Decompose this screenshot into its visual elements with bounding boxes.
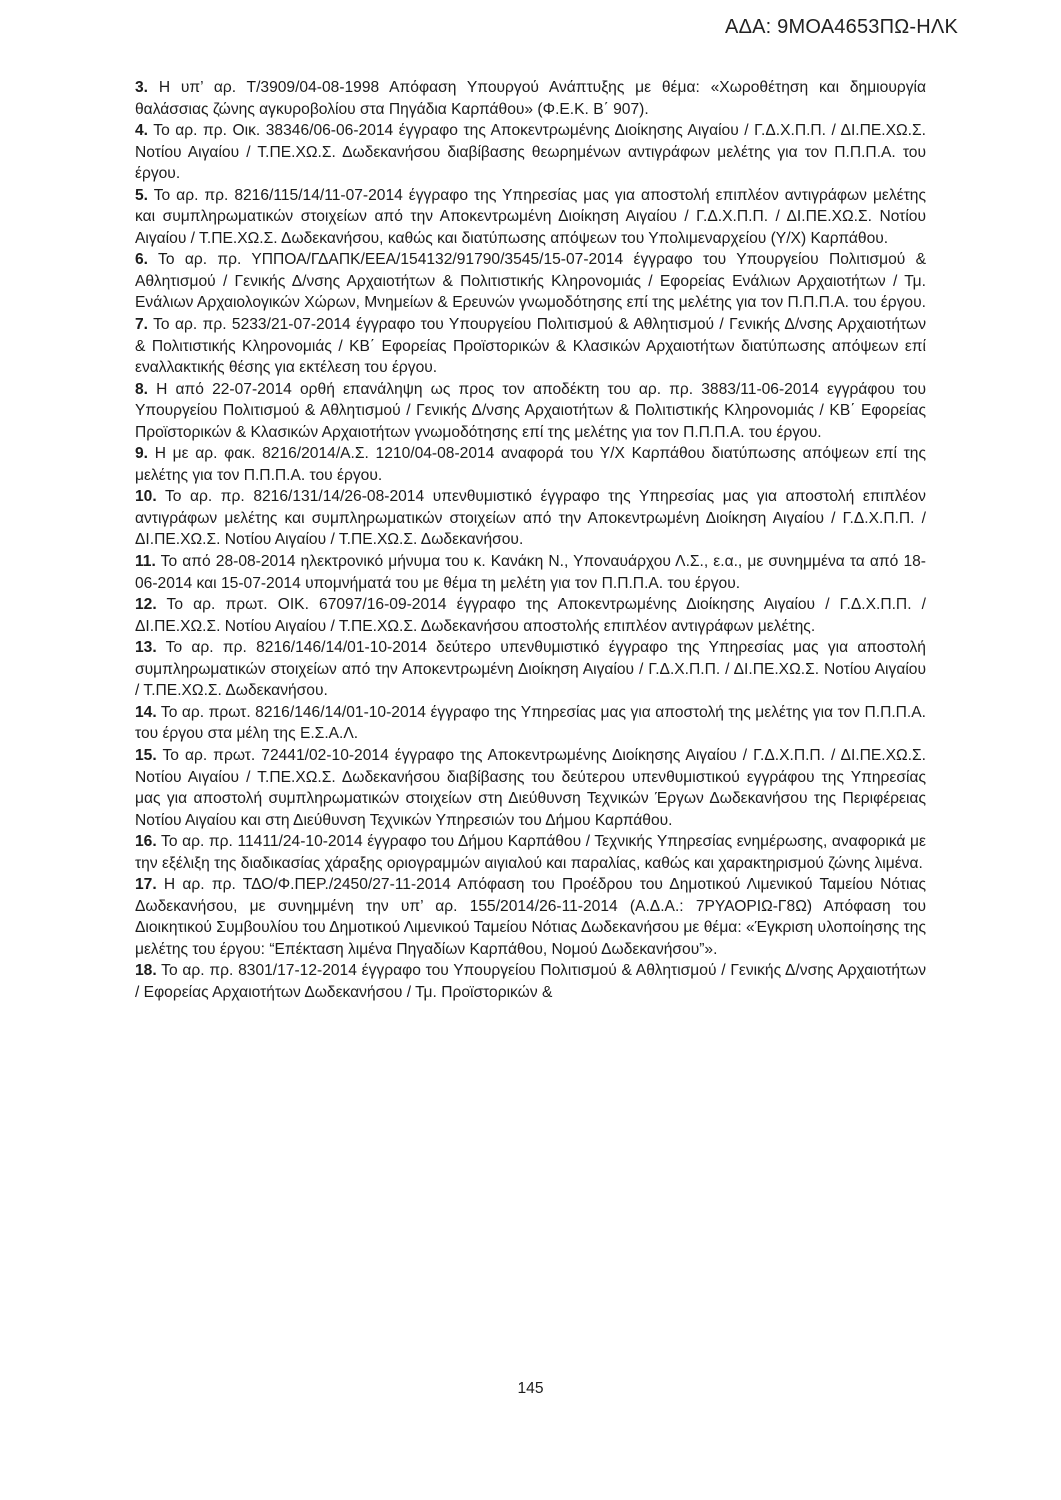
- item-text: Το αρ. πρ. 8216/115/14/11-07-2014 έγγραφ…: [135, 187, 926, 247]
- reference-item: 15. Το αρ. πρωτ. 72441/02-10-2014 έγγραφ…: [135, 745, 926, 831]
- item-text: Το αρ. πρ. 8216/146/14/01-10-2014 δεύτερ…: [135, 639, 926, 699]
- reference-item: 3. Η υπ’ αρ. Τ/3909/04-08-1998 Απόφαση Υ…: [135, 77, 926, 120]
- item-number: 7.: [135, 316, 148, 333]
- item-number: 18.: [135, 962, 157, 979]
- item-text: Η υπ’ αρ. Τ/3909/04-08-1998 Απόφαση Υπου…: [135, 79, 926, 118]
- item-text: Το αρ. πρ. 8301/17-12-2014 έγγραφο του Υ…: [135, 962, 926, 1001]
- reference-item: 12. Το αρ. πρωτ. ΟΙΚ. 67097/16-09-2014 έ…: [135, 594, 926, 637]
- item-number: 6.: [135, 251, 148, 268]
- item-number: 5.: [135, 187, 148, 204]
- item-number: 15.: [135, 747, 157, 764]
- reference-item: 18. Το αρ. πρ. 8301/17-12-2014 έγγραφο τ…: [135, 960, 926, 1003]
- item-text: Η από 22-07-2014 ορθή επανάληψη ως προς …: [135, 381, 926, 441]
- item-text: Το αρ. πρωτ. ΟΙΚ. 67097/16-09-2014 έγγρα…: [135, 596, 926, 635]
- reference-item: 7. Το αρ. πρ. 5233/21-07-2014 έγγραφο το…: [135, 314, 926, 379]
- document-body: 3. Η υπ’ αρ. Τ/3909/04-08-1998 Απόφαση Υ…: [135, 77, 926, 1004]
- item-text: Το αρ. πρ. ΥΠΠΟΑ/ΓΔΑΠΚ/ΕΕΑ/154132/91790/…: [135, 251, 926, 311]
- reference-item: 16. Το αρ. πρ. 11411/24-10-2014 έγγραφο …: [135, 831, 926, 874]
- item-text: Το αρ. πρ. 5233/21-07-2014 έγγραφο του Υ…: [135, 316, 926, 376]
- item-number: 11.: [135, 553, 156, 570]
- page-number: 145: [0, 1380, 1061, 1398]
- reference-item: 11. Το από 28-08-2014 ηλεκτρονικό μήνυμα…: [135, 551, 926, 594]
- item-text: Το αρ. πρωτ. 8216/146/14/01-10-2014 έγγρ…: [135, 704, 926, 743]
- item-text: Το από 28-08-2014 ηλεκτρονικό μήνυμα του…: [135, 553, 926, 592]
- item-text: Η αρ. πρ. ΤΔΟ/Φ.ΠΕΡ./2450/27-11-2014 Από…: [135, 876, 926, 958]
- reference-item: 8. Η από 22-07-2014 ορθή επανάληψη ως πρ…: [135, 379, 926, 444]
- item-text: Το αρ. πρ. Οικ. 38346/06-06-2014 έγγραφο…: [135, 122, 926, 182]
- reference-item: 10. Το αρ. πρ. 8216/131/14/26-08-2014 υπ…: [135, 486, 926, 551]
- item-number: 14.: [135, 704, 157, 721]
- item-number: 17.: [135, 876, 157, 893]
- reference-item: 14. Το αρ. πρωτ. 8216/146/14/01-10-2014 …: [135, 702, 926, 745]
- item-number: 9.: [135, 445, 148, 462]
- item-number: 4.: [135, 122, 148, 139]
- item-text: Η με αρ. φακ. 8216/2014/Α.Σ. 1210/04-08-…: [135, 445, 926, 484]
- item-number: 16.: [135, 833, 157, 850]
- item-number: 13.: [135, 639, 157, 656]
- item-text: Το αρ. πρ. 11411/24-10-2014 έγγραφο του …: [135, 833, 926, 872]
- item-text: Το αρ. πρ. 8216/131/14/26-08-2014 υπενθυ…: [135, 488, 926, 548]
- item-text: Το αρ. πρωτ. 72441/02-10-2014 έγγραφο τη…: [135, 747, 926, 829]
- reference-item: 4. Το αρ. πρ. Οικ. 38346/06-06-2014 έγγρ…: [135, 120, 926, 185]
- item-number: 8.: [135, 381, 148, 398]
- item-number: 10.: [135, 488, 157, 505]
- reference-item: 9. Η με αρ. φακ. 8216/2014/Α.Σ. 1210/04-…: [135, 443, 926, 486]
- reference-item: 6. Το αρ. πρ. ΥΠΠΟΑ/ΓΔΑΠΚ/ΕΕΑ/154132/917…: [135, 249, 926, 314]
- reference-item: 13. Το αρ. πρ. 8216/146/14/01-10-2014 δε…: [135, 637, 926, 702]
- reference-item: 5. Το αρ. πρ. 8216/115/14/11-07-2014 έγγ…: [135, 185, 926, 250]
- item-number: 12.: [135, 596, 157, 613]
- ada-document-code: ΑΔΑ: 9ΜΟΑ4653ΠΩ-ΗΛΚ: [725, 16, 958, 39]
- reference-item: 17. Η αρ. πρ. ΤΔΟ/Φ.ΠΕΡ./2450/27-11-2014…: [135, 874, 926, 960]
- item-number: 3.: [135, 79, 148, 96]
